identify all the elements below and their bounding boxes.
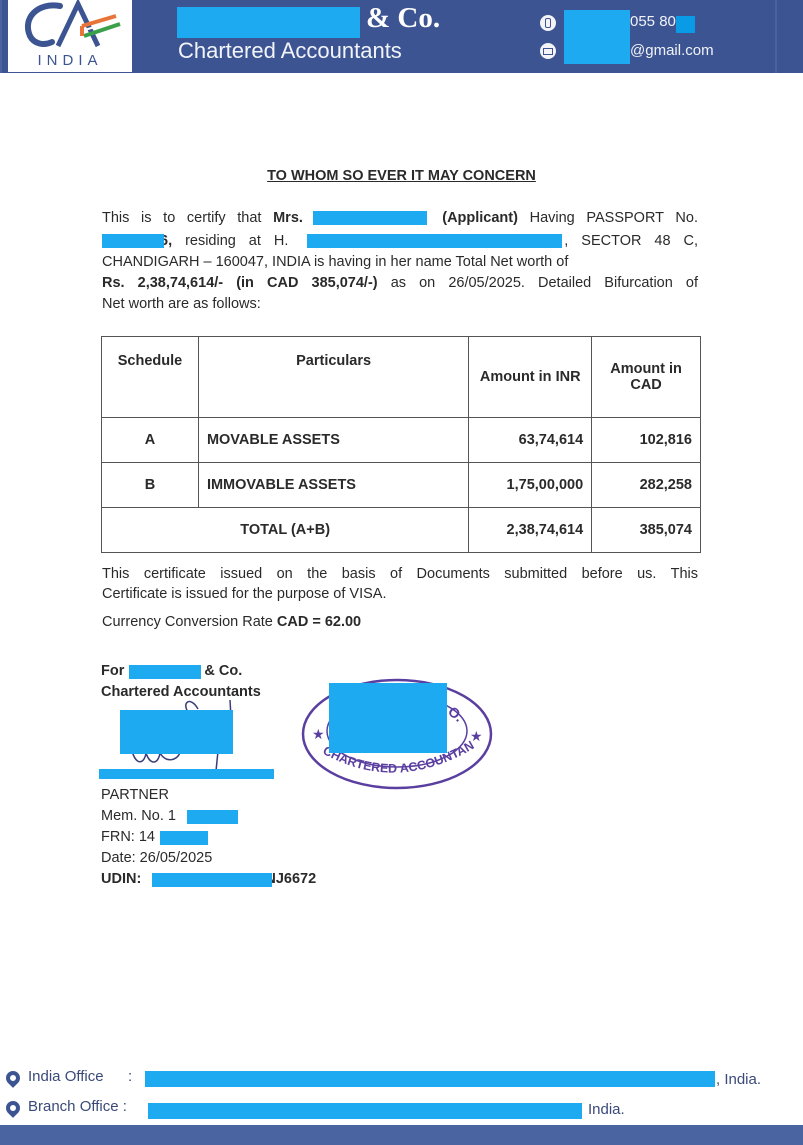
intro-line-4: Rs. 2,38,74,614/- (in CAD 385,074/-) as …: [102, 275, 698, 291]
redacted-address: [307, 234, 562, 248]
logo-india-text: INDIA: [8, 52, 132, 69]
row-schedule: B: [102, 463, 199, 508]
redacted-stamp-firm: [329, 683, 447, 753]
redacted-contact: [564, 10, 630, 64]
applicant-label: (Applicant): [442, 210, 518, 226]
ca-india-logo: INDIA: [8, 0, 132, 72]
table-total-row: TOTAL (A+B) 2,38,74,614 385,074: [102, 508, 701, 553]
branch-office-label: Branch Office :: [28, 1098, 127, 1115]
header-particulars: Particulars: [198, 337, 468, 418]
sig-firm-suffix: & Co.: [204, 663, 242, 679]
salutation: Mrs.: [273, 210, 303, 226]
header-edge-right: [775, 0, 777, 73]
table-row: B IMMOVABLE ASSETS 1,75,00,000 282,258: [102, 463, 701, 508]
basis-text-1: This certificate issued on the basis of …: [102, 566, 698, 582]
as-on-date: as on 26/05/2025. Detailed Bifurcation o…: [391, 275, 698, 291]
header-edge: [0, 0, 2, 73]
signature-date: Date: 26/05/2025: [101, 850, 212, 866]
footer-bar: [0, 1125, 803, 1145]
redacted-signature: [120, 710, 233, 754]
conversion-label: Currency Conversion Rate: [102, 614, 273, 630]
residing-label: residing at H.: [185, 233, 288, 249]
frn-number: FRN: 14: [101, 829, 155, 845]
address-tail: , SECTOR 48 C,: [564, 233, 698, 249]
udin-label: UDIN:: [101, 871, 141, 887]
redacted-frn: [160, 831, 208, 845]
firm-name-suffix: & Co.: [366, 2, 440, 35]
svg-text:★: ★: [470, 728, 483, 744]
envelope-icon: [540, 43, 556, 59]
redacted-membership-number: [187, 810, 238, 824]
total-amount-cad: 385,074: [592, 508, 701, 553]
passport-label: Having PASSPORT No.: [530, 210, 698, 226]
net-worth-amount: Rs. 2,38,74,614/- (in CAD 385,074/-): [102, 275, 378, 291]
redacted-branch-office-address: [148, 1103, 582, 1119]
india-office-label: India Office: [28, 1068, 104, 1085]
ca-logo-icon: [8, 0, 132, 55]
redacted-udin: [152, 873, 272, 887]
redacted-passport-number: [102, 234, 164, 248]
redacted-india-office-address: [145, 1071, 715, 1087]
table-row: A MOVABLE ASSETS 63,74,614 102,816: [102, 418, 701, 463]
conversion-value: CAD = 62.00: [277, 614, 361, 630]
basis-line-2: Certificate is issued for the purpose of…: [102, 586, 387, 602]
basis-line-1: This certificate issued on the basis of …: [102, 566, 698, 582]
row-amount-inr: 63,74,614: [469, 418, 592, 463]
membership-number: Mem. No. 1: [101, 808, 176, 824]
document-title: TO WHOM SO EVER IT MAY CONCERN: [0, 168, 803, 184]
header-amount-cad: Amount in CAD: [592, 337, 701, 418]
redacted-applicant-name: [313, 211, 427, 225]
udin-suffix: NJ6672: [265, 871, 316, 887]
row-amount-inr: 1,75,00,000: [469, 463, 592, 508]
mobile-phone-icon: [540, 15, 556, 31]
row-schedule: A: [102, 418, 199, 463]
partner-role: PARTNER: [101, 787, 169, 803]
firm-subtitle: Chartered Accountants: [178, 38, 402, 64]
row-particulars: MOVABLE ASSETS: [198, 418, 468, 463]
row-amount-cad: 102,816: [592, 418, 701, 463]
redacted-firm-name: [177, 7, 360, 38]
redacted-partner-name: [99, 769, 274, 779]
svg-text:★: ★: [312, 726, 325, 742]
table-header-row: Schedule Particulars Amount in INR Amoun…: [102, 337, 701, 418]
total-label: TOTAL (A+B): [102, 508, 469, 553]
phone-number: 055 80: [630, 13, 676, 30]
branch-office-country: India.: [588, 1101, 625, 1118]
total-amount-inr: 2,38,74,614: [469, 508, 592, 553]
redacted-phone-tail: [676, 16, 695, 33]
certify-prefix: This is to certify that: [102, 210, 261, 226]
india-office-country: , India.: [716, 1071, 761, 1088]
conversion-rate: Currency Conversion Rate CAD = 62.00: [102, 614, 361, 630]
intro-line-5: Net worth are as follows:: [102, 296, 261, 312]
email-address: @gmail.com: [630, 42, 714, 59]
india-office-separator: :: [128, 1068, 132, 1085]
redacted-sig-firm-name: [129, 665, 201, 679]
intro-line-3: CHANDIGARH – 160047, INDIA is having in …: [102, 254, 568, 270]
net-worth-table: Schedule Particulars Amount in INR Amoun…: [101, 336, 701, 553]
letterhead-header: INDIA & Co. Chartered Accountants 055 80…: [0, 0, 803, 73]
header-amount-inr: Amount in INR: [469, 337, 592, 418]
row-amount-cad: 282,258: [592, 463, 701, 508]
location-pin-icon: [3, 1068, 23, 1088]
header-schedule: Schedule: [102, 337, 199, 418]
for-label: For: [101, 663, 124, 679]
row-particulars: IMMOVABLE ASSETS: [198, 463, 468, 508]
location-pin-icon: [3, 1098, 23, 1118]
